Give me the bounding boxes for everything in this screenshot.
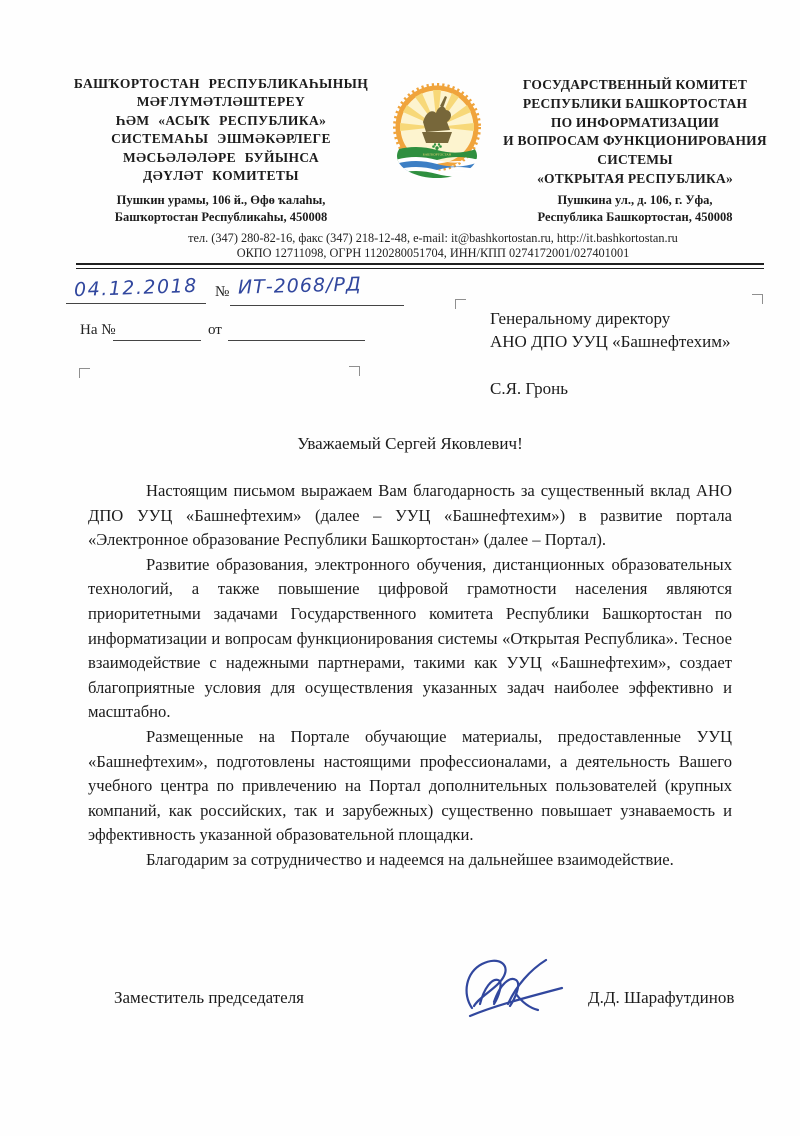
emblem-caption: БАШҠОРТОСТАН <box>423 153 452 157</box>
letterhead-divider <box>76 263 764 269</box>
reply-number-underline <box>113 322 201 341</box>
address-line: Республика Башкортостан, 450008 <box>478 209 792 226</box>
body-paragraph: Развитие образования, электронного обуче… <box>88 553 732 725</box>
salutation: Уважаемый Сергей Яковлевич! <box>88 434 732 454</box>
org-name-bashkir-line: БАШҠОРТОСТАН РЕСПУБЛИКАҺЫНЫҢ <box>50 75 392 93</box>
address-line: Пушкина ул., д. 106, г. Уфа, <box>478 192 792 209</box>
letter-body: Уважаемый Сергей Яковлевич! Настоящим пи… <box>88 434 732 873</box>
body-paragraph: Размещенные на Портале обучающие материа… <box>88 725 732 848</box>
recipient-person: С.Я. Гронь <box>490 378 780 401</box>
address-bashkir: Пушкин урамы, 106 й., Өфө ҡалаһы, Башҡор… <box>50 192 392 226</box>
body-paragraph: Благодарим за сотрудничество и надеемся … <box>88 848 732 873</box>
signer-position-title: Заместитель председателя <box>114 988 304 1008</box>
address-line: Башҡортостан Республикаһы, 450008 <box>50 209 392 226</box>
body-paragraph: Настоящим письмом выражаем Вам благодарн… <box>88 479 732 553</box>
org-name-russian-line: И ВОПРОСАМ ФУНКЦИОНИРОВАНИЯ <box>478 132 792 151</box>
reply-from-label: от <box>208 322 222 339</box>
handwritten-date: 04.12.2018 <box>74 275 198 301</box>
address-russian: Пушкина ул., д. 106, г. Уфа, Республика … <box>478 192 792 226</box>
org-name-bashkir-line: ҺӘМ «АСЫҠ РЕСПУБЛИКА» <box>50 112 392 130</box>
org-name-bashkir-line: МӘСЬӘЛӘЛӘРЕ БУЙЫНСА <box>50 149 392 167</box>
org-name-bashkir-line: СИСТЕМАҺЫ ЭШМӘКӘРЛЕГЕ <box>50 130 392 148</box>
contact-info-line: тел. (347) 280-82-16, факс (347) 218-12-… <box>80 231 786 246</box>
address-zone-corner-mark <box>349 366 360 376</box>
recipient-block: Генеральному директору АНО ДПО УУЦ «Башн… <box>490 308 780 401</box>
org-name-russian-line: ГОСУДАРСТВЕННЫЙ КОМИТЕТ <box>478 76 792 95</box>
number-sign-label: № <box>215 284 229 301</box>
reply-date-underline <box>228 322 365 341</box>
org-name-bashkir-line: МӘҒЛҮМӘТЛӘШТЕРЕҮ <box>50 93 392 111</box>
signer-name: Д.Д. Шарафутдинов <box>588 988 734 1008</box>
org-name-russian-line: ПО ИНФОРМАТИЗАЦИИ <box>478 114 792 133</box>
org-name-russian-line: «ОТКРЫТАЯ РЕСПУБЛИКА» <box>478 170 792 189</box>
org-name-bashkir-line: ДӘҮЛӘТ КОМИТЕТЫ <box>50 167 392 185</box>
org-name-russian-line: РЕСПУБЛИКИ БАШКОРТОСТАН <box>478 95 792 114</box>
address-line: Пушкин урамы, 106 й., Өфө ҡалаһы, <box>50 192 392 209</box>
registry-codes-line: ОКПО 12711098, ОГРН 1120280051704, ИНН/К… <box>80 246 786 261</box>
handwritten-signature <box>458 950 576 1038</box>
letter-page: БАШҠОРТОСТАН РЕСПУБЛИКАҺЫНЫҢ МӘҒЛҮМӘТЛӘШ… <box>0 0 800 1136</box>
address-zone-corner-mark <box>79 368 90 378</box>
org-name-bashkir: БАШҠОРТОСТАН РЕСПУБЛИКАҺЫНЫҢ МӘҒЛҮМӘТЛӘШ… <box>50 75 392 185</box>
org-name-russian-line: СИСТЕМЫ <box>478 151 792 170</box>
recipient-organization: АНО ДПО УУЦ «Башнефтехим» <box>490 331 780 354</box>
recipient-title: Генеральному директору <box>490 308 780 331</box>
coat-of-arms-bashkortostan-icon: БАШҠОРТОСТАН <box>393 82 481 182</box>
recipient-zone-corner-mark <box>455 299 466 309</box>
handwritten-outgoing-number: ИТ-2068/РД <box>238 273 362 298</box>
reply-to-number-label: На № <box>80 322 116 339</box>
recipient-zone-corner-mark <box>752 294 763 304</box>
org-name-russian: ГОСУДАРСТВЕННЫЙ КОМИТЕТ РЕСПУБЛИКИ БАШКО… <box>478 76 792 189</box>
